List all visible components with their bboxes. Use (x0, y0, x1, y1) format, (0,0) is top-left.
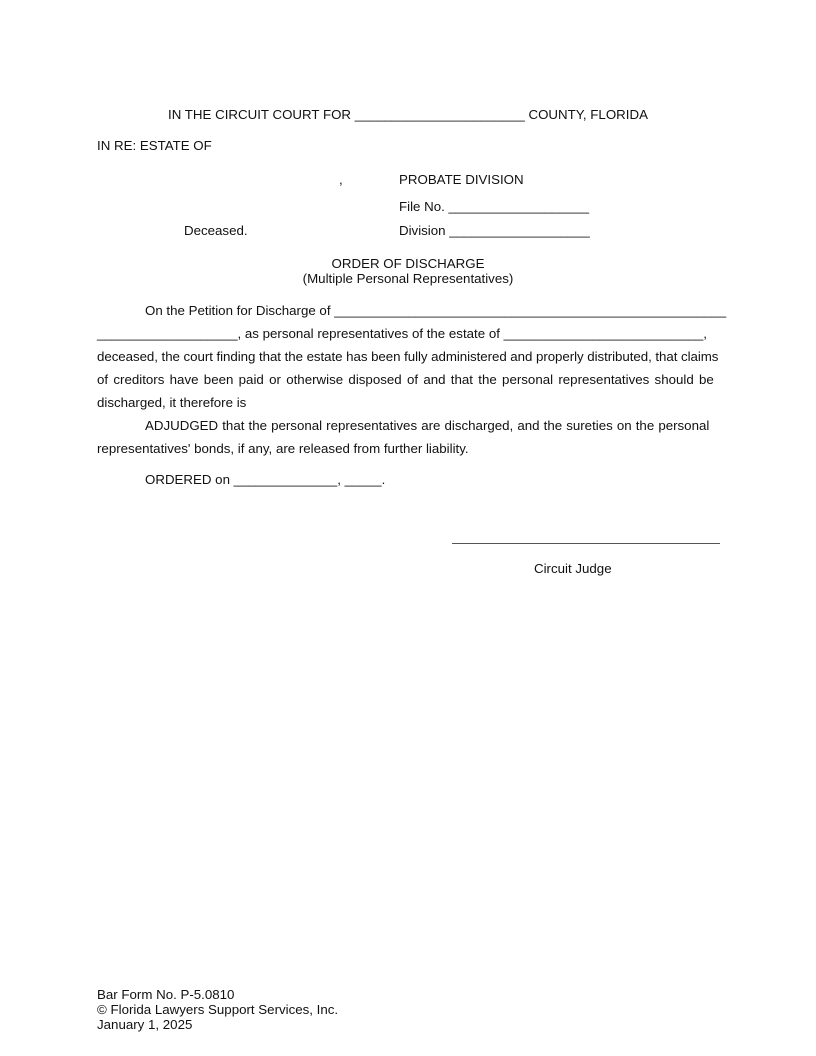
text-line: of creditors have been paid or otherwise… (97, 368, 721, 391)
circuit-judge-label: Circuit Judge (534, 561, 612, 577)
text-line: representatives' bonds, if any, are rele… (97, 437, 721, 460)
text-line: discharged, it therefore is (97, 391, 721, 414)
signature-line (452, 543, 720, 544)
text-line: ___________________, as personal represe… (97, 322, 721, 345)
text-line: deceased, the court finding that the est… (97, 345, 721, 368)
copyright-notice: © Florida Lawyers Support Services, Inc. (97, 1002, 338, 1018)
paragraph-petition: On the Petition for Discharge of _______… (97, 299, 721, 414)
division-field: Division ___________________ (399, 223, 590, 239)
deceased-label: Deceased. (184, 223, 248, 239)
document-subtitle: (Multiple Personal Representatives) (0, 271, 816, 287)
caption-comma: , (339, 172, 343, 188)
ordered-date-line: ORDERED on ______________, _____. (145, 472, 385, 488)
text-line: On the Petition for Discharge of _______… (97, 299, 721, 322)
document-title: ORDER OF DISCHARGE (0, 256, 816, 272)
form-date: January 1, 2025 (97, 1017, 192, 1033)
in-re-estate: IN RE: ESTATE OF (97, 138, 212, 154)
file-number-field: File No. ___________________ (399, 199, 589, 215)
bar-form-number: Bar Form No. P-5.0810 (97, 987, 234, 1003)
court-caption: IN THE CIRCUIT COURT FOR _______________… (0, 107, 816, 123)
probate-division: PROBATE DIVISION (399, 172, 524, 188)
text-line: ADJUDGED that the personal representativ… (97, 414, 721, 437)
paragraph-adjudged: ADJUDGED that the personal representativ… (97, 414, 721, 460)
